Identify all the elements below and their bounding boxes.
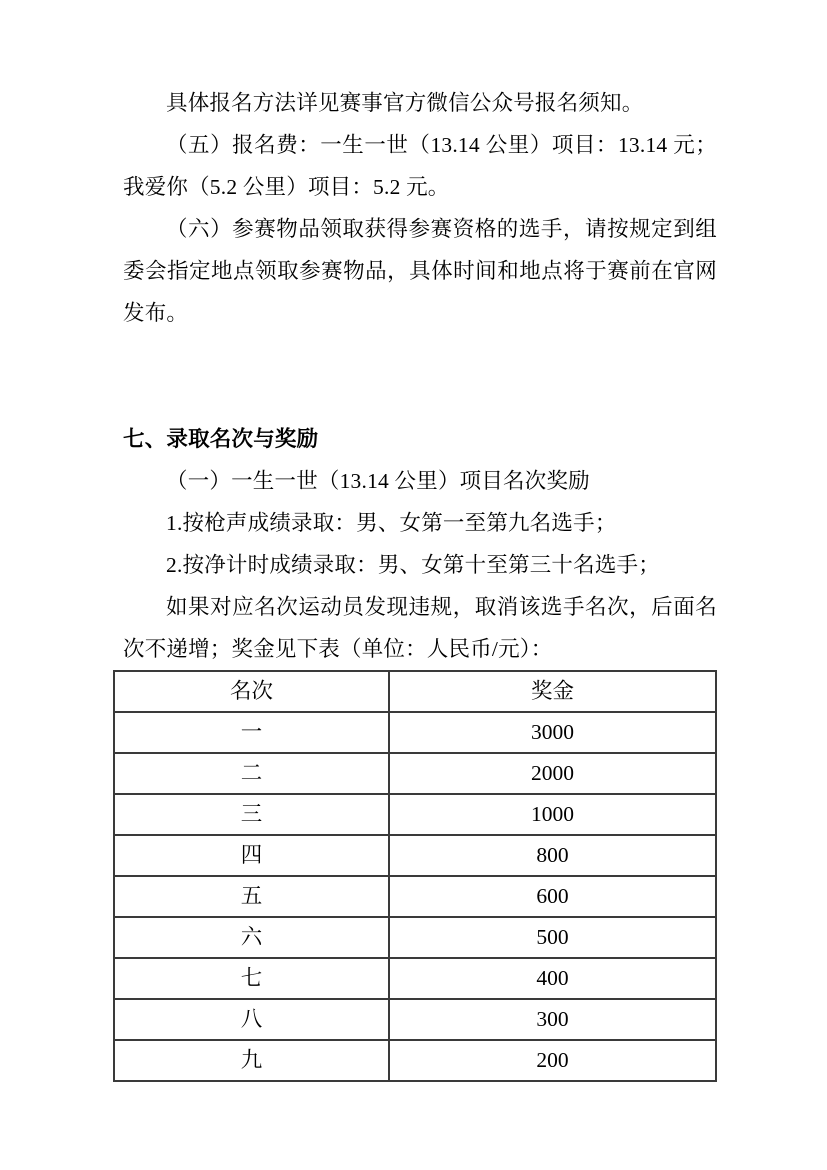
table-row: 一 3000 (114, 712, 716, 753)
table-cell-prize: 400 (389, 958, 716, 999)
paragraph-fee: （五）报名费：一生一世（13.14 公里）项目：13.14 元；我爱你（5.2 … (123, 124, 717, 208)
section-heading-awards: 七、录取名次与奖励 (123, 418, 717, 460)
table-row: 七 400 (114, 958, 716, 999)
table-row: 五 600 (114, 876, 716, 917)
table-row: 六 500 (114, 917, 716, 958)
paragraph-race-items: （六）参赛物品领取获得参赛资格的选手，请按规定到组委会指定地点领取参赛物品，具体… (123, 208, 717, 334)
paragraph-violation: 如果对应名次运动员发现违规，取消该选手名次，后面名次不递增；奖金见下表（单位：人… (123, 586, 717, 670)
table-cell-rank: 八 (114, 999, 389, 1040)
document-page: 具体报名方法详见赛事官方微信公众号报名须知。 （五）报名费：一生一世（13.14… (0, 0, 827, 1170)
table-row: 二 2000 (114, 753, 716, 794)
table-cell-prize: 500 (389, 917, 716, 958)
table-cell-prize: 1000 (389, 794, 716, 835)
table-cell-prize: 800 (389, 835, 716, 876)
paragraph-rule-1: 1.按枪声成绩录取：男、女第一至第九名选手； (123, 502, 717, 544)
table-cell-prize: 300 (389, 999, 716, 1040)
table-cell-rank: 五 (114, 876, 389, 917)
table-cell-rank: 四 (114, 835, 389, 876)
table-header-prize: 奖金 (389, 671, 716, 712)
table-row: 八 300 (114, 999, 716, 1040)
table-cell-prize: 2000 (389, 753, 716, 794)
table-row: 九 200 (114, 1040, 716, 1081)
prize-table: 名次 奖金 一 3000 二 2000 三 1000 四 (113, 670, 717, 1082)
table-cell-rank: 一 (114, 712, 389, 753)
document-content: 具体报名方法详见赛事官方微信公众号报名须知。 （五）报名费：一生一世（13.14… (0, 0, 827, 1170)
table-header-row: 名次 奖金 (114, 671, 716, 712)
table-header-rank: 名次 (114, 671, 389, 712)
table-cell-rank: 三 (114, 794, 389, 835)
table-cell-rank: 九 (114, 1040, 389, 1081)
table-cell-rank: 二 (114, 753, 389, 794)
table-row: 三 1000 (114, 794, 716, 835)
table-cell-prize: 200 (389, 1040, 716, 1081)
blank-space (123, 334, 717, 418)
table-cell-rank: 七 (114, 958, 389, 999)
paragraph-award-project: （一）一生一世（13.14 公里）项目名次奖励 (123, 460, 717, 502)
table-row: 四 800 (114, 835, 716, 876)
paragraph-register-method: 具体报名方法详见赛事官方微信公众号报名须知。 (123, 82, 717, 124)
paragraph-rule-2: 2.按净计时成绩录取：男、女第十至第三十名选手； (123, 544, 717, 586)
table-cell-prize: 3000 (389, 712, 716, 753)
table-cell-rank: 六 (114, 917, 389, 958)
table-cell-prize: 600 (389, 876, 716, 917)
